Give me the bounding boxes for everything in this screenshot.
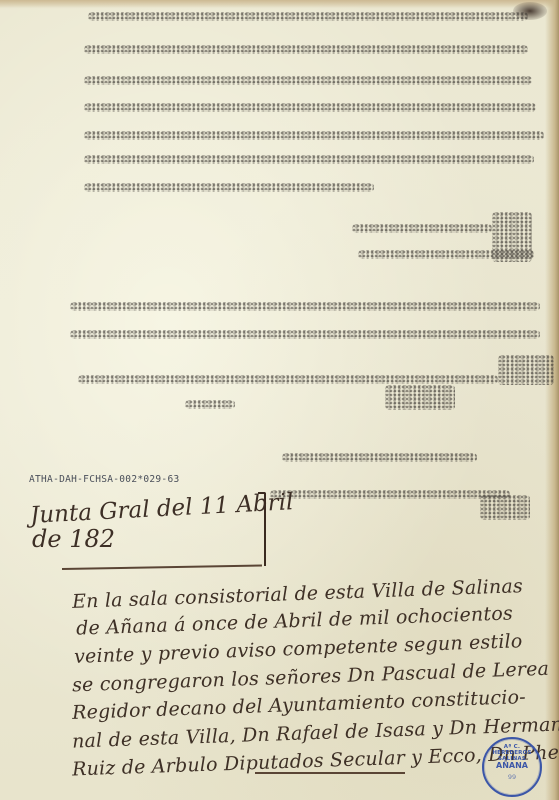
- stamp-ring-text: Aª C. HEREDEROS SALINAS: [484, 744, 540, 762]
- margin-bracket: [258, 492, 266, 566]
- manuscript-page: ATHA-DAH-FCHSA-002*029-63 Junta Gral del…: [0, 0, 559, 800]
- paper-top-edge: [0, 0, 559, 8]
- margin-note-line-2: de 182: [32, 525, 115, 553]
- archive-reference-code: ATHA-DAH-FCHSA-002*029-63: [29, 474, 180, 485]
- stamp-center-text: AÑANA: [484, 761, 540, 770]
- margin-rule: [62, 565, 262, 570]
- paper-right-edge: [545, 0, 559, 800]
- margin-note-line-1: Junta Gral del 11 Abril: [30, 489, 294, 529]
- underline-flourish: [255, 772, 405, 774]
- archive-stamp: Aª C. HEREDEROS SALINAS AÑANA 99: [482, 737, 542, 797]
- stamp-number: 99: [484, 773, 540, 781]
